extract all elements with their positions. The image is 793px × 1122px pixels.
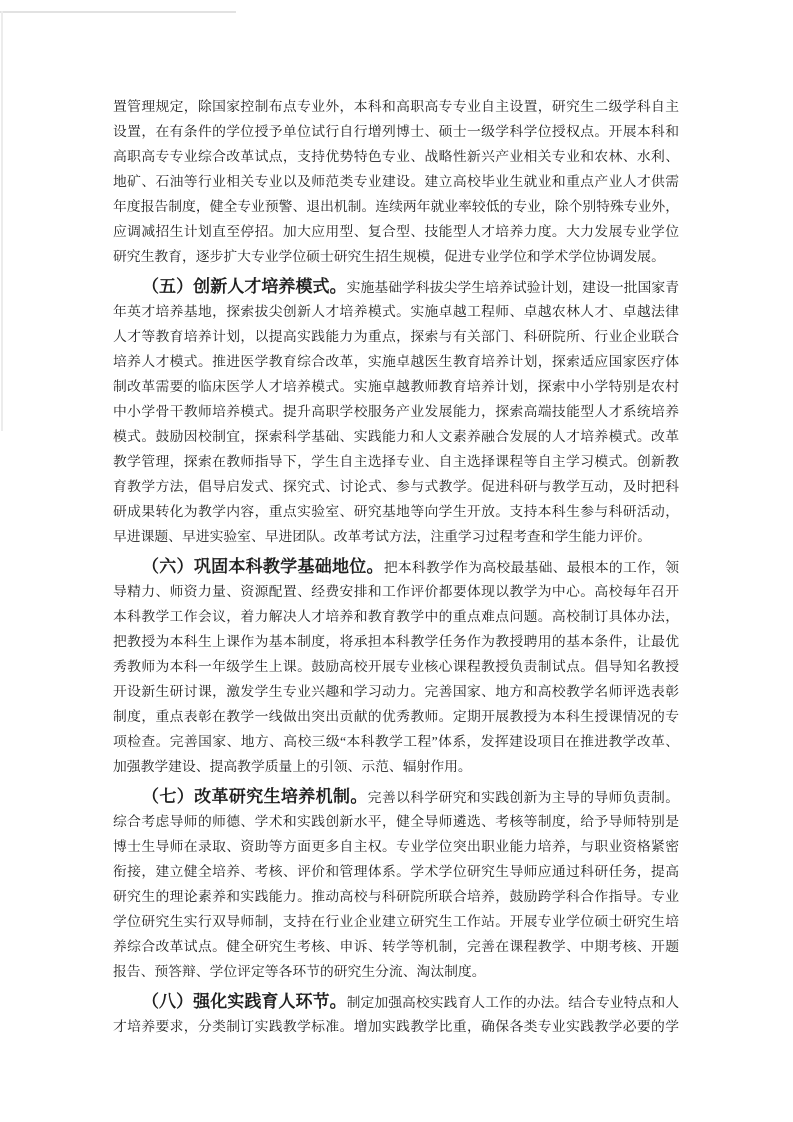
text-line: 研究生的理论素养和实践能力。推动高校与科研院所联合培养，鼓励跨学科合作指导。专业 — [113, 884, 679, 909]
section-lead-text: 实施基础学科拔尖学生培养试验计划，建设一批国家青 — [347, 280, 679, 295]
section-lead-text: 把本科教学作为高校最基础、最根本的工作，领 — [384, 560, 679, 575]
text-line: 年英才培养基地，探索拔尖创新人才培养模式。实施卓越工程师、卓越农林人才、卓越法律 — [113, 299, 679, 324]
text-line: 应调减招生计划直至停招。加大应用型、复合型、技能型人才培养力度。大力发展专业学位 — [113, 219, 679, 244]
text-line: 模式。鼓励因校制宜，探索科学基础、实践能力和人文素养融合发展的人才培养模式。改革 — [113, 424, 679, 449]
text-line: （七）改革研究生培养机制。完善以科学研究和实践创新为主导的导师负责制。 — [113, 784, 679, 809]
document-page-text: 置管理规定，除国家控制布点专业外，本科和高职高专专业自主设置，研究生二级学科自主… — [113, 94, 679, 1039]
text-line: 设置，在有条件的学位授予单位试行自行增列博士、硕士一级学科学位授权点。开展本科和 — [113, 119, 679, 144]
text-line: 早进课题、早进实验室、早进团队。改革考试方法，注重学习过程考查和学生能力评价。 — [113, 524, 679, 549]
text-line: 研成果转化为教学内容，重点实验室、研究基地等向学生开放。支持本科生参与科研活动， — [113, 499, 679, 524]
section-paragraph: （七）改革研究生培养机制。完善以科学研究和实践创新为主导的导师负责制。综合考虑导… — [113, 784, 679, 984]
text-line: 把教授为本科生上课作为基本制度，将承担本科教学任务作为教授聘用的基本条件，让最优 — [113, 629, 679, 654]
text-line: 项检查。完善国家、地方、高校三级“本科教学工程”体系，发挥建设项目在推进教学改革… — [113, 729, 679, 754]
text-line: 年度报告制度，健全专业预警、退出机制。连续两年就业率较低的专业，除个别特殊专业外… — [113, 194, 679, 219]
scan-edge-artifact — [0, 11, 236, 13]
section-lead-text: 制定加强高校实践育人工作的办法。结合专业特点和人 — [347, 995, 679, 1010]
section-heading: （六）巩固本科教学基础地位。 — [142, 557, 384, 576]
text-line: 教学管理，探索在教师指导下，学生自主选择专业、自主选择课程等自主学习模式。创新教 — [113, 449, 679, 474]
section-paragraph: （五）创新人才培养模式。实施基础学科拔尖学生培养试验计划，建设一批国家青年英才培… — [113, 274, 679, 549]
section-lead-text: 完善以科学研究和实践创新为主导的导师负责制。 — [368, 790, 679, 805]
text-line: 才培养要求，分类制订实践教学标准。增加实践教学比重，确保各类专业实践教学必要的学 — [113, 1014, 679, 1039]
text-line: 养综合改革试点。健全研究生考核、申诉、转学等机制，完善在课程教学、中期考核、开题 — [113, 934, 679, 959]
text-line: 学位研究生实行双导师制，支持在行业企业建立研究生工作站。开展专业学位硕士研究生培 — [113, 909, 679, 934]
section-heading: （七）改革研究生培养机制。 — [142, 787, 368, 806]
text-line: 开设新生研讨课，激发学生专业兴趣和学习动力。完善国家、地方和高校教学名师评选表彰 — [113, 679, 679, 704]
text-line: 中小学骨干教师培养模式。提升高职学校服务产业发展能力，探索高端技能型人才系统培养 — [113, 399, 679, 424]
text-line: 人才等教育培养计划，以提高实践能力为重点，探索与有关部门、科研院所、行业企业联合 — [113, 324, 679, 349]
text-line: 综合考虑导师的师德、学术和实践创新水平，健全导师遴选、考核等制度，给予导师特别是 — [113, 809, 679, 834]
text-line: 地矿、石油等行业相关专业以及师范类专业建设。建立高校毕业生就业和重点产业人才供需 — [113, 169, 679, 194]
text-line: 培养人才模式。推进医学教育综合改革，实施卓越医生教育培养计划，探索适应国家医疗体 — [113, 349, 679, 374]
section-heading: （八）强化实践育人环节。 — [142, 992, 347, 1011]
body-paragraph: 置管理规定，除国家控制布点专业外，本科和高职高专专业自主设置，研究生二级学科自主… — [113, 94, 679, 269]
text-line: 置管理规定，除国家控制布点专业外，本科和高职高专专业自主设置，研究生二级学科自主 — [113, 94, 679, 119]
section-paragraph: （八）强化实践育人环节。制定加强高校实践育人工作的办法。结合专业特点和人才培养要… — [113, 989, 679, 1039]
text-line: （六）巩固本科教学基础地位。把本科教学作为高校最基础、最根本的工作，领 — [113, 554, 679, 579]
text-line: 研究生教育，逐步扩大专业学位硕士研究生招生规模，促进专业学位和学术学位协调发展。 — [113, 244, 679, 269]
section-paragraph: （六）巩固本科教学基础地位。把本科教学作为高校最基础、最根本的工作，领导精力、师… — [113, 554, 679, 779]
text-line: 制度，重点表彰在教学一线做出突出贡献的优秀教师。定期开展教授为本科生授课情况的专 — [113, 704, 679, 729]
text-line: 衔接，建立健全培养、考核、评价和管理体系。学术学位研究生导师应通过科研任务，提高 — [113, 859, 679, 884]
text-line: 本科教学工作会议，着力解决人才培养和教育教学中的重点难点问题。高校制订具体办法， — [113, 604, 679, 629]
text-line: （八）强化实践育人环节。制定加强高校实践育人工作的办法。结合专业特点和人 — [113, 989, 679, 1014]
text-line: 高职高专专业综合改革试点，支持优势特色专业、战略性新兴产业相关专业和农林、水利、 — [113, 144, 679, 169]
text-line: 博士生导师在录取、资助等方面更多自主权。专业学位突出职业能力培养，与职业资格紧密 — [113, 834, 679, 859]
text-line: 导精力、师资力量、资源配置、经费安排和工作评价都要体现以教学为中心。高校每年召开 — [113, 579, 679, 604]
text-line: 秀教师为本科一年级学生上课。鼓励高校开展专业核心课程教授负责制试点。倡导知名教授 — [113, 654, 679, 679]
text-line: （五）创新人才培养模式。实施基础学科拔尖学生培养试验计划，建设一批国家青 — [113, 274, 679, 299]
scan-edge-artifact — [1, 11, 3, 431]
text-line: 育教学方法，倡导启发式、探究式、讨论式、参与式教学。促进科研与教学互动，及时把科 — [113, 474, 679, 499]
section-heading: （五）创新人才培养模式。 — [142, 277, 347, 296]
text-line: 报告、预答辩、学位评定等各环节的研究生分流、淘汰制度。 — [113, 959, 679, 984]
text-line: 加强教学建设、提高教学质量上的引领、示范、辐射作用。 — [113, 754, 679, 779]
text-line: 制改革需要的临床医学人才培养模式。实施卓越教师教育培养计划，探索中小学特别是农村 — [113, 374, 679, 399]
